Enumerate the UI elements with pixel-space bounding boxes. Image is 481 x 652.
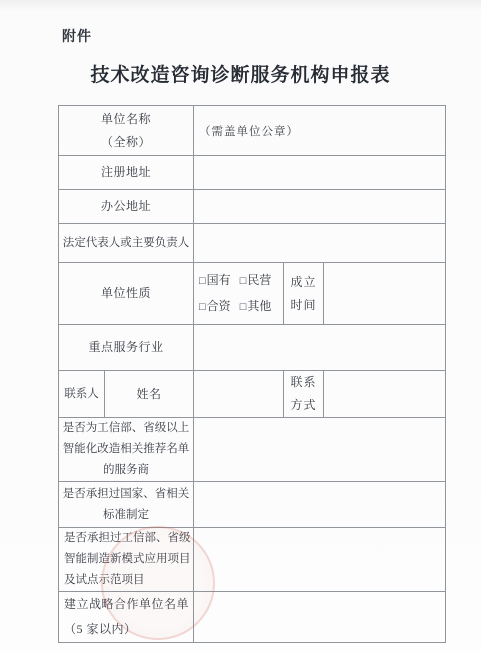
table-row-legal-representative: 法定代表人或主要负责人 <box>59 224 446 263</box>
form-title: 技术改造咨询诊断服务机构申报表 <box>0 60 481 87</box>
table-row-registered-address: 注册地址 <box>59 156 446 190</box>
table-row-key-service-industry: 重点服务行业 <box>59 325 446 371</box>
application-form-table: 单位名称 （全称） （需盖单位公章） 注册地址 办公地址 法定代表人或主要负责人… <box>58 105 446 643</box>
field-office-address-value <box>194 190 446 224</box>
field-standards-development-value <box>194 482 446 528</box>
field-smart-manufacturing-projects-value <box>194 528 446 592</box>
field-established-time-value <box>324 263 446 325</box>
field-office-address-label: 办公地址 <box>59 190 194 224</box>
document-page: 附件 技术改造咨询诊断服务机构申报表 单位名称 （全称） （需盖单位公章） 注册… <box>0 0 481 652</box>
field-established-time-label: 成立 时间 <box>284 263 324 325</box>
field-contact-name-value <box>194 371 284 418</box>
field-contact-method-label: 联系 方式 <box>284 371 324 418</box>
table-row-standards-development: 是否承担过国家、省相关 标准制定 <box>59 482 446 528</box>
checkbox-state-owned-label: 国有 <box>207 273 231 287</box>
table-row-recommended-provider: 是否为工信部、省级以上 智能化改造相关推荐名单 的服务商 <box>59 418 446 482</box>
attachment-label: 附件 <box>62 26 92 46</box>
field-key-service-industry-value <box>194 325 446 371</box>
field-recommended-provider-label: 是否为工信部、省级以上 智能化改造相关推荐名单 的服务商 <box>59 418 194 482</box>
checkbox-private: □民营 <box>240 268 272 294</box>
table-row-smart-manufacturing-projects: 是否承担过工信部、省级 智能制造新模式应用项目 及试点示范项目 <box>59 528 446 592</box>
checkbox-other-label: 其他 <box>247 299 271 313</box>
checkbox-icon: □ <box>199 275 206 287</box>
field-legal-representative-label: 法定代表人或主要负责人 <box>59 224 194 263</box>
field-recommended-provider-value <box>194 418 446 482</box>
field-contact-name-label: 姓名 <box>105 371 194 418</box>
checkbox-other: □其他 <box>240 294 272 320</box>
table-row-unit-name: 单位名称 （全称） （需盖单位公章） <box>59 106 446 156</box>
unit-nature-options-cell: □国有□民营 □合资□其他 <box>194 263 284 325</box>
field-contact-method-value <box>324 371 446 418</box>
field-registered-address-label: 注册地址 <box>59 156 194 190</box>
field-strategic-partners-value <box>194 592 446 643</box>
field-unit-name-value: （需盖单位公章） <box>194 106 446 156</box>
checkbox-private-label: 民营 <box>247 273 271 287</box>
field-registered-address-value <box>194 156 446 190</box>
checkbox-icon: □ <box>240 301 247 313</box>
checkbox-icon: □ <box>199 301 206 313</box>
field-standards-development-label: 是否承担过国家、省相关 标准制定 <box>59 482 194 528</box>
checkbox-joint-venture-label: 合资 <box>207 299 231 313</box>
field-key-service-industry-label: 重点服务行业 <box>59 325 194 371</box>
field-unit-nature-label: 单位性质 <box>59 263 194 325</box>
field-smart-manufacturing-projects-label: 是否承担过工信部、省级 智能制造新模式应用项目 及试点示范项目 <box>59 528 194 592</box>
checkbox-joint-venture: □合资 <box>199 294 231 320</box>
table-row-strategic-partners: 建立战略合作单位名单 （5 家以内） <box>59 592 446 643</box>
field-strategic-partners-label: 建立战略合作单位名单 （5 家以内） <box>59 592 194 643</box>
table-row-office-address: 办公地址 <box>59 190 446 224</box>
checkbox-row-2: □合资□其他 <box>199 294 283 320</box>
field-legal-representative-value <box>194 224 446 263</box>
checkbox-state-owned: □国有 <box>199 268 231 294</box>
field-unit-name-label: 单位名称 （全称） <box>59 106 194 156</box>
table-row-contact: 联系人 姓名 联系 方式 <box>59 371 446 418</box>
table-row-unit-nature: 单位性质 □国有□民营 □合资□其他 成立 时间 <box>59 263 446 325</box>
checkbox-icon: □ <box>240 275 247 287</box>
field-contact-label: 联系人 <box>59 371 105 418</box>
checkbox-row-1: □国有□民营 <box>199 268 283 294</box>
